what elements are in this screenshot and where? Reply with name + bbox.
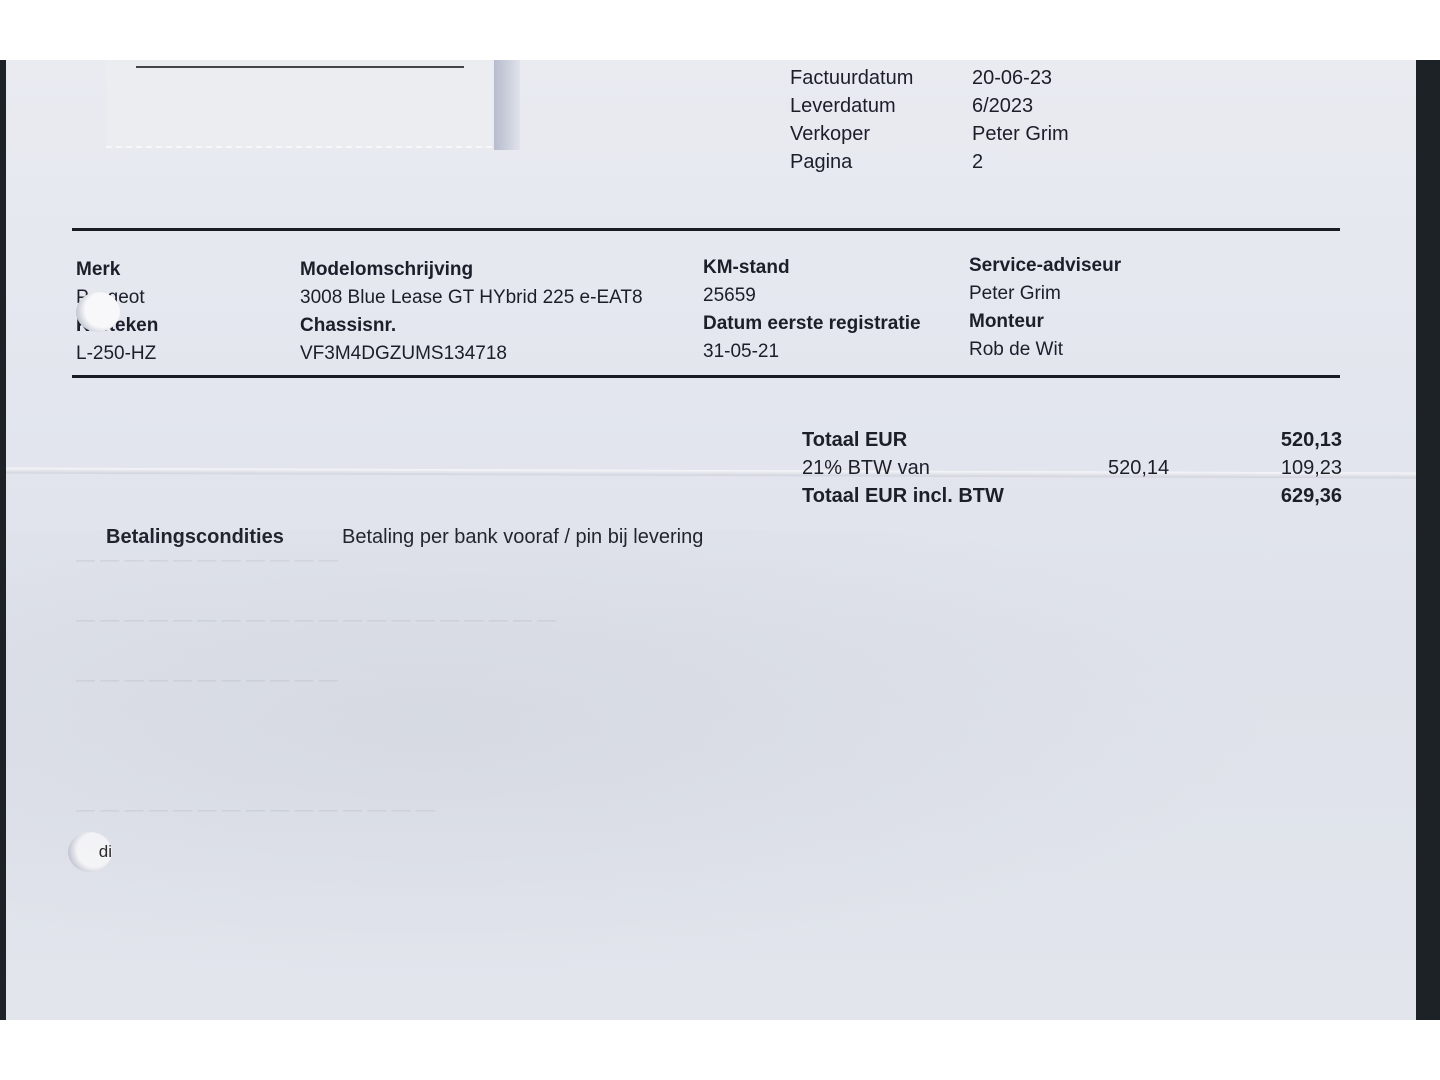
meta-label: Factuurdatum <box>790 67 972 90</box>
meta-value: 2 <box>972 151 983 174</box>
advisor-value: Peter Grim <box>969 280 1121 308</box>
meta-value: Peter Grim <box>972 123 1069 146</box>
vehicle-col-mileage: KM-stand 25659 Datum eerste registratie … <box>703 254 921 366</box>
meta-row-invoice-date: Factuurdatum 20-06-23 <box>790 64 1069 92</box>
sticker-shadow <box>494 60 520 150</box>
model-label: Modelomschrijving <box>300 256 643 284</box>
grand-total-label: Totaal EUR incl. BTW <box>802 485 1004 507</box>
chassis-label: Chassisnr. <box>300 312 643 340</box>
vat-label: 21% BTW van <box>802 457 930 479</box>
payment-label: Betalingscondities <box>106 526 342 549</box>
plate-value: L-250-HZ <box>76 340 158 368</box>
payment-conditions: Betalingscondities Betaling per bank voo… <box>106 526 703 549</box>
meta-label: Verkoper <box>790 123 972 146</box>
meta-label: Pagina <box>790 151 972 174</box>
mechanic-value: Rob de Wit <box>969 336 1121 364</box>
sticker-rule <box>136 66 464 68</box>
vat-base: 520,14 <box>1108 454 1169 482</box>
meta-value: 6/2023 <box>972 95 1033 118</box>
grand-total-value: 629,36 <box>1281 482 1342 510</box>
punch-hole: di <box>68 832 112 872</box>
invoice-meta: Factuurdatum 20-06-23 Leverdatum 6/2023 … <box>790 64 1069 176</box>
meta-label: Leverdatum <box>790 95 972 118</box>
total-label: Totaal EUR <box>802 429 907 451</box>
punch-hole <box>76 292 120 332</box>
total-value: 520,13 <box>1281 426 1342 454</box>
vat-value: 109,23 <box>1281 454 1342 482</box>
vehicle-col-model: Modelomschrijving 3008 Blue Lease GT HYb… <box>300 256 643 368</box>
vat-row: 21% BTW van 520,14 109,23 <box>802 454 1342 482</box>
model-value: 3008 Blue Lease GT HYbrid 225 e-EAT8 <box>300 284 643 312</box>
punch-hole-text: di <box>99 842 112 861</box>
chassis-value: VF3M4DGZUMS134718 <box>300 340 643 368</box>
bleed-through-text: — — — — — — — — — — — — — — — <box>76 800 435 822</box>
totals-block: Totaal EUR 520,13 21% BTW van 520,14 109… <box>802 426 1342 510</box>
registration-label: Datum eerste registratie <box>703 310 921 338</box>
divider-top <box>72 228 1340 231</box>
meta-value: 20-06-23 <box>972 67 1052 90</box>
mileage-label: KM-stand <box>703 254 921 282</box>
meta-row-seller: Verkoper Peter Grim <box>790 120 1069 148</box>
bleed-through-text: — — — — — — — — — — — <box>76 670 338 692</box>
brand-label: Merk <box>76 256 158 284</box>
mileage-value: 25659 <box>703 282 921 310</box>
vehicle-col-staff: Service-adviseur Peter Grim Monteur Rob … <box>969 252 1121 364</box>
grand-total-row: Totaal EUR incl. BTW 629,36 <box>802 482 1342 510</box>
bleed-through-text: — — — — — — — — — — — — — — — — — — — — <box>76 610 556 632</box>
registration-value: 31-05-21 <box>703 338 921 366</box>
divider-bottom <box>72 375 1340 378</box>
meta-row-delivery-date: Leverdatum 6/2023 <box>790 92 1069 120</box>
document-photo: Factuurdatum 20-06-23 Leverdatum 6/2023 … <box>0 60 1440 1020</box>
mechanic-label: Monteur <box>969 308 1121 336</box>
address-sticker <box>106 60 492 148</box>
meta-row-page: Pagina 2 <box>790 148 1069 176</box>
invoice-page: Factuurdatum 20-06-23 Leverdatum 6/2023 … <box>6 60 1416 1020</box>
payment-value: Betaling per bank vooraf / pin bij lever… <box>342 526 703 549</box>
total-row: Totaal EUR 520,13 <box>802 426 1342 454</box>
bleed-through-text: — — — — — — — — — — — <box>76 550 338 572</box>
advisor-label: Service-adviseur <box>969 252 1121 280</box>
